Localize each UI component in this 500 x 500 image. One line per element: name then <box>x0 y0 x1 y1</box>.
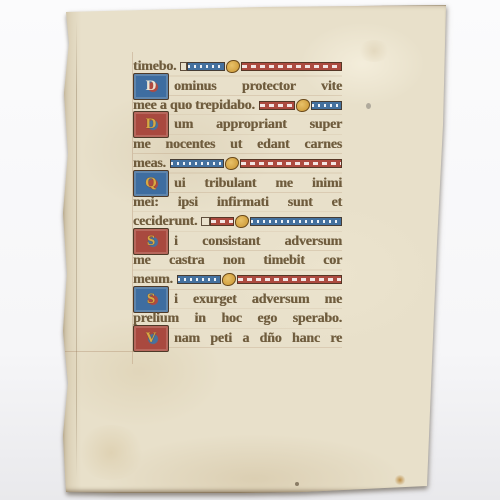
gold-leaf-ornament <box>222 273 236 286</box>
stain-faint <box>357 40 391 62</box>
line-text: me castra non timebit cor <box>133 251 342 270</box>
illuminated-initial-V: V <box>133 325 169 352</box>
stain-patch <box>76 425 146 480</box>
text-line: me nocentes ut edant carnes <box>133 135 342 154</box>
text-line: D ominus protector vite <box>133 76 342 95</box>
filler-blue-segment <box>250 217 342 226</box>
filler-blue-segment <box>170 159 224 168</box>
stain-fleck <box>366 103 371 109</box>
manuscript-leaf: timebo. D ominus protector vite mee a qu… <box>62 5 447 493</box>
line-filler <box>259 100 342 111</box>
text-line: D um appropriant super <box>133 115 342 134</box>
manuscript-leaf-wrapper: timebo. D ominus protector vite mee a qu… <box>62 5 447 493</box>
line-text: i consistant adversum <box>174 232 342 251</box>
filler-blue-segment <box>177 275 221 284</box>
text-line: mei: ipsi infirmati sunt et <box>133 193 342 212</box>
filler-blue-segment <box>187 62 225 71</box>
line-text: nam peti a dño hanc re <box>174 329 342 348</box>
line-filler <box>170 158 342 169</box>
filler-cream-segment <box>201 217 210 226</box>
text-line: Q ui tribulant me inimi <box>133 173 342 192</box>
gold-leaf-ornament <box>235 215 249 228</box>
gold-leaf-ornament <box>225 157 239 170</box>
filler-red-segment <box>240 159 342 168</box>
line-text: mei: ipsi infirmati sunt et <box>133 193 342 212</box>
line-text: ui tribulant me inimi <box>174 174 342 193</box>
line-text: um appropriant super <box>174 115 342 134</box>
line-filler <box>180 61 342 72</box>
filler-red-segment <box>241 62 342 71</box>
ruling-horizontal-line <box>64 351 134 352</box>
filler-red-segment <box>210 217 234 226</box>
line-filler <box>201 216 342 227</box>
gold-leaf-ornament <box>296 99 310 112</box>
line-text: i exurget adversum me <box>174 290 342 309</box>
line-filler <box>177 274 342 285</box>
text-line: V nam peti a dño hanc re <box>133 328 342 347</box>
filler-red-segment <box>237 275 342 284</box>
gold-leaf-ornament <box>226 60 240 73</box>
text-block: timebo. D ominus protector vite mee a qu… <box>133 57 342 348</box>
filler-red-segment <box>259 101 295 110</box>
text-line: S i exurget adversum me <box>133 290 342 309</box>
filler-cream-segment <box>180 62 187 71</box>
stain-spot <box>394 475 406 485</box>
binding-crease <box>76 20 77 478</box>
text-line: me castra non timebit cor <box>133 251 342 270</box>
filler-blue-segment <box>311 101 342 110</box>
text-line: S i consistant adversum <box>133 232 342 251</box>
stain-speck <box>295 482 299 486</box>
line-text: me nocentes ut edant carnes <box>133 135 342 154</box>
photo-background: timebo. D ominus protector vite mee a qu… <box>0 0 500 500</box>
line-text: ominus protector vite <box>174 77 342 96</box>
